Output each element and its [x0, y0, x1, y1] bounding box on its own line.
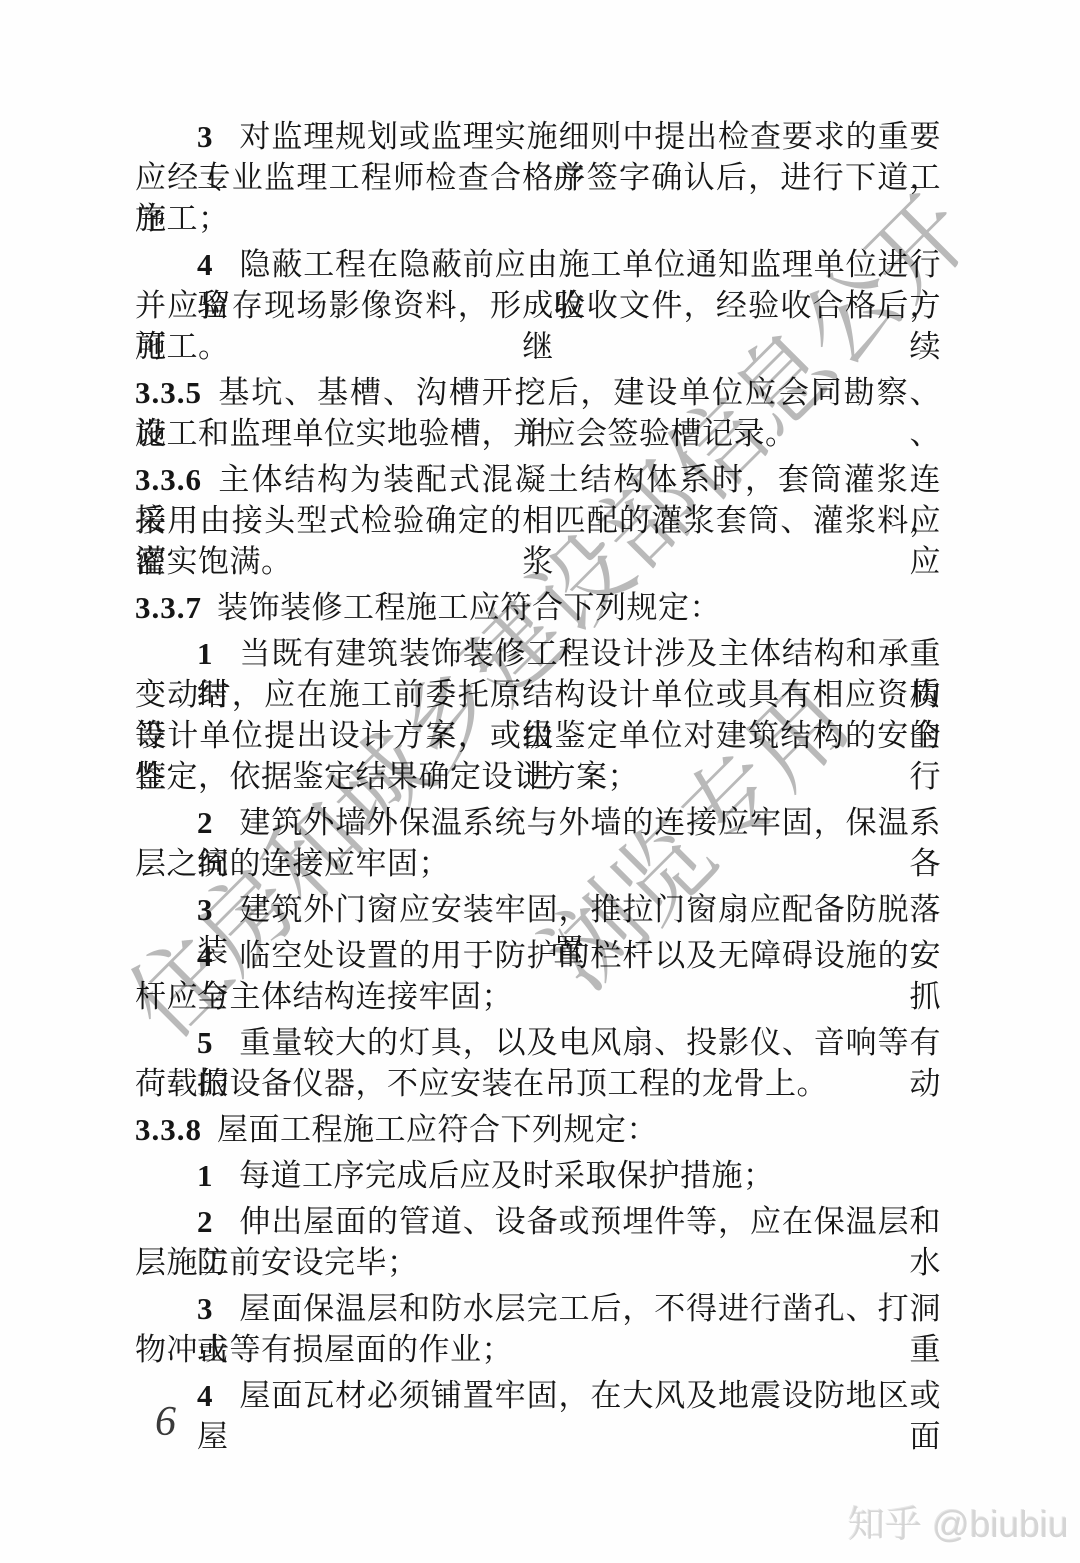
line-text: 屋面工程施工应符合下列规定：	[217, 1112, 658, 1147]
clause-number: 5	[197, 1025, 213, 1060]
body-line: 3对监理规划或监理实施细则中提出检查要求的重要工序，	[135, 116, 941, 157]
clause-number: 3	[197, 119, 213, 154]
line-text: 荷载的设备仪器，不应安装在吊顶工程的龙骨上。	[135, 1066, 828, 1101]
page-number: 6	[155, 1398, 176, 1446]
clause-number: 3.3.7	[135, 590, 202, 625]
line-text: 装饰装修工程施工应符合下列规定：	[217, 590, 721, 625]
line-text: 施工和监理单位实地验槽，并应会签验槽记录。	[135, 416, 797, 451]
document-page: 3对监理规划或监理实施细则中提出检查要求的重要工序，应经专业监理工程师检查合格并…	[0, 0, 1080, 1563]
body-line: 3.3.6主体结构为装配式混凝土结构体系时，套筒灌浆连接应	[135, 459, 941, 500]
line-text: 施工。	[135, 329, 230, 364]
body-line: 施工；	[135, 198, 941, 239]
clause-number: 3	[197, 892, 213, 927]
body-line: 2伸出屋面的管道、设备或预埋件等，应在保温层和防水	[135, 1201, 941, 1242]
line-text: 屋面瓦材必须铺置牢固，在大风及地震设防地区或屋面	[197, 1378, 941, 1454]
body-line: 设计单位提出设计方案，或由鉴定单位对建筑结构的安全性进行	[135, 715, 941, 756]
body-line: 采用由接头型式检验确定的相匹配的灌浆套筒、灌浆料，灌浆应	[135, 500, 941, 541]
line-text: 层之间的连接应牢固；	[135, 846, 450, 881]
clause-number: 4	[197, 247, 213, 282]
body-line: 1每道工序完成后应及时采取保护措施；	[135, 1155, 941, 1196]
body-line: 2建筑外墙外保温系统与外墙的连接应牢固，保温系统各	[135, 802, 941, 843]
clause-number: 4	[197, 1378, 213, 1413]
clause-number: 3	[197, 1291, 213, 1326]
clause-number: 3.3.6	[135, 462, 202, 497]
body-line: 3.3.7装饰装修工程施工应符合下列规定：	[135, 587, 941, 628]
body-line: 应经专业监理工程师检查合格并签字确认后，进行下道工序	[135, 157, 941, 198]
body-line: 荷载的设备仪器，不应安装在吊顶工程的龙骨上。	[135, 1063, 941, 1104]
clause-number: 3.3.8	[135, 1112, 202, 1147]
line-text: 物冲击等有损屋面的作业；	[135, 1332, 513, 1367]
line-text: 鉴定，依据鉴定结果确定设计方案；	[135, 759, 639, 794]
body-line: 4临空处设置的用于防护的栏杆以及无障碍设施的安全抓	[135, 935, 941, 976]
text-column: 3对监理规划或监理实施细则中提出检查要求的重要工序，应经专业监理工程师检查合格并…	[135, 116, 941, 1416]
body-line: 3.3.8屋面工程施工应符合下列规定：	[135, 1109, 941, 1150]
line-text: 并应留存现场影像资料，形成验收文件，经验收合格后方可继续	[135, 288, 941, 364]
line-text: 层施工前安设完毕；	[135, 1245, 419, 1280]
clause-number: 1	[197, 1158, 213, 1193]
body-line: 3建筑外门窗应安装牢固，推拉门窗扇应配备防脱落装置；	[135, 889, 941, 930]
clause-number: 4	[197, 938, 213, 973]
clause-number: 3.3.5	[135, 375, 202, 410]
body-line: 变动时，应在施工前委托原结构设计单位或具有相应资质等级的	[135, 674, 941, 715]
body-line: 4隐蔽工程在隐蔽前应由施工单位通知监理单位进行验收，	[135, 244, 941, 285]
body-line: 3.3.5基坑、基槽、沟槽开挖后，建设单位应会同勘察、设计、	[135, 372, 941, 413]
body-line: 3屋面保温层和防水层完工后，不得进行凿孔、打洞或重	[135, 1288, 941, 1329]
line-text: 每道工序完成后应及时采取保护措施；	[239, 1158, 775, 1193]
line-text: 杆应与主体结构连接牢固；	[135, 979, 513, 1014]
body-line: 1当既有建筑装饰装修工程设计涉及主体结构和承重结构	[135, 633, 941, 674]
body-line: 4屋面瓦材必须铺置牢固，在大风及地震设防地区或屋面	[135, 1375, 941, 1416]
body-line: 并应留存现场影像资料，形成验收文件，经验收合格后方可继续	[135, 285, 941, 326]
line-text: 密实饱满。	[135, 544, 293, 579]
zhihu-user-watermark: 知乎 @biubiu	[848, 1494, 1069, 1548]
clause-number: 2	[197, 1204, 213, 1239]
line-text: 施工；	[135, 201, 230, 236]
body-line: 5重量较大的灯具，以及电风扇、投影仪、音响等有振动	[135, 1022, 941, 1063]
clause-number: 1	[197, 636, 213, 671]
clause-number: 2	[197, 805, 213, 840]
